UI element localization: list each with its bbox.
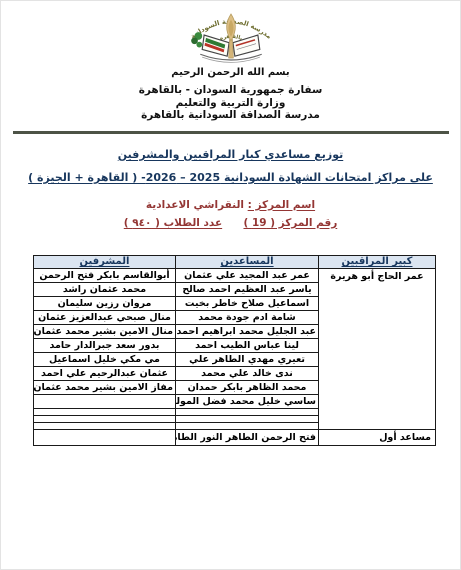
table-footer-row: مساعد أول فتح الرحمن الطاهر النور الطاهر xyxy=(34,429,436,445)
supervisors-column-header: المشرفين xyxy=(34,255,176,268)
chief-column-header: كبير المراقبين xyxy=(319,255,436,268)
assignments-table: كبير المراقبين المساعدين المشرفين عمر ال… xyxy=(33,255,436,446)
document-title: توزيع مساعدي كبار المراقبين والمشرفين xyxy=(1,148,460,161)
center-name-label: اسم المركز : xyxy=(248,199,315,211)
center-name-line: اسم المركز : النقراشي الاعدادية xyxy=(1,199,460,211)
supervisor-cell xyxy=(34,422,176,429)
assistant-cell xyxy=(176,422,319,429)
ministry-line: وزارة التربية والتعليم xyxy=(1,97,460,110)
assistant-cell: شامة ادم جودة محمد xyxy=(176,310,319,324)
assistant-cell: عبد الجليل محمد ابراهيم احمد xyxy=(176,324,319,338)
assistant-cell: محمد الظاهر بابكر حمدان xyxy=(176,380,319,394)
supervisor-cell: بدور سعد جبرالدار حامد xyxy=(34,338,176,352)
embassy-line: سفارة جمهورية السودان - بالقاهرة xyxy=(1,84,460,97)
supervisor-cell: مروان رزين سليمان xyxy=(34,296,176,310)
supervisor-cell: منال صبحي عبدالعزيز عثمان xyxy=(34,310,176,324)
school-line: مدرسة الصداقة السودانية بالقاهرة xyxy=(1,109,460,122)
students-count-label: عدد الطلاب ( ٩٤٠ ) xyxy=(124,217,222,229)
document-page: مدرسة الصداقة السودانية بالقاهرة xyxy=(0,0,461,570)
assistant-cell xyxy=(176,408,319,415)
supervisor-cell: أبوالقاسم بابكر فتح الرحمن xyxy=(34,268,176,282)
assistant-cell: اسماعيل صلاح خاطر بخيت xyxy=(176,296,319,310)
assistant-cell: تعيري مهدي الطاهر علي xyxy=(176,352,319,366)
organization-header: سفارة جمهورية السودان - بالقاهرة وزارة ا… xyxy=(1,84,460,122)
bismillah-text: بسم الله الرحمن الرحيم xyxy=(1,67,460,78)
first-assistant-title-cell: مساعد أول xyxy=(319,429,436,445)
supervisor-cell: عثمان عبدالرحيم علي احمد xyxy=(34,366,176,380)
chief-name-cell: عمر الحاج أبو هريرة xyxy=(319,268,436,429)
supervisor-cell: مفاز الامين بشير محمد عثمان xyxy=(34,380,176,394)
supervisor-cell xyxy=(34,408,176,415)
center-number-line: رقم المركز ( 19 ) عدد الطلاب ( ٩٤٠ ) xyxy=(1,217,460,229)
supervisor-cell xyxy=(34,415,176,422)
supervisor-cell: محمد عثمان راشد xyxy=(34,282,176,296)
center-name-value: النقراشي الاعدادية xyxy=(146,199,244,211)
supervisor-cell: منال الامين بشير محمد عثمان xyxy=(34,324,176,338)
center-number-label: رقم المركز ( 19 ) xyxy=(243,217,337,229)
divider-rule xyxy=(13,131,449,134)
assistant-cell xyxy=(176,415,319,422)
assistants-column-header: المساعدين xyxy=(176,255,319,268)
footer-assistant-cell: فتح الرحمن الطاهر النور الطاهر xyxy=(176,429,319,445)
assistant-cell: ساسي خليل محمد فضل المولي xyxy=(176,394,319,408)
assistant-cell: عمر عبد المجيد علي عثمان xyxy=(176,268,319,282)
supervisor-cell xyxy=(34,394,176,408)
school-logo-emblem: مدرسة الصداقة السودانية بالقاهرة xyxy=(183,6,279,66)
table-header-row: كبير المراقبين المساعدين المشرفين xyxy=(34,255,436,268)
assistant-cell: ياسر عبد العظيم احمد صالح xyxy=(176,282,319,296)
supervisor-cell: مي مكي خليل اسماعيل xyxy=(34,352,176,366)
table-row: عمر الحاج أبو هريرة عمر عبد المجيد علي ع… xyxy=(34,268,436,282)
school-logo: مدرسة الصداقة السودانية بالقاهرة xyxy=(1,1,460,66)
assistant-cell: لينا عباس الطيب احمد xyxy=(176,338,319,352)
document-subtitle: على مراكز امتحانات الشهادة السودانية 202… xyxy=(1,171,460,184)
footer-supervisor-cell xyxy=(34,429,176,445)
assistant-cell: ندى خالد علي محمد xyxy=(176,366,319,380)
